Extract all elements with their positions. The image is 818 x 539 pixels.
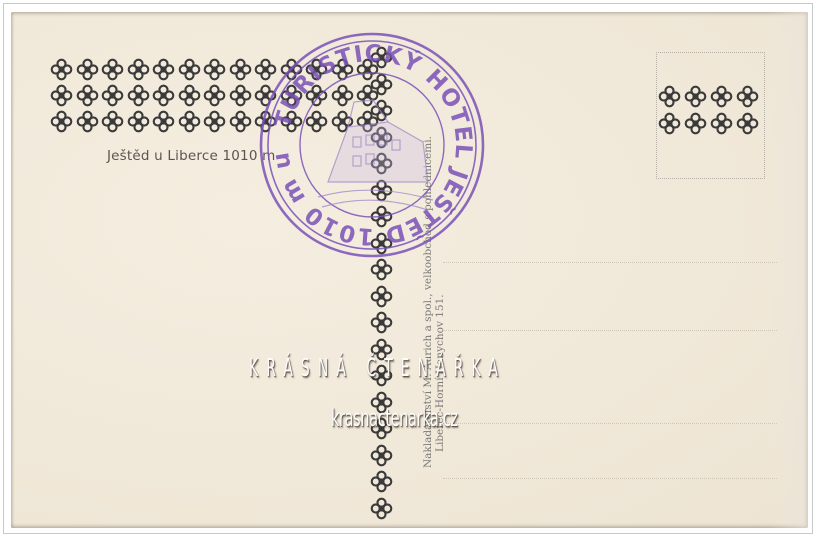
ornament-icon — [152, 58, 175, 81]
ornament-icon — [101, 84, 124, 107]
address-line — [443, 262, 777, 263]
ornament-icon — [127, 110, 150, 133]
ornament-icon — [370, 470, 393, 493]
hotel-building-icon — [318, 100, 433, 210]
address-line — [443, 330, 777, 331]
ornament-icon — [50, 110, 73, 133]
ornament-icon — [178, 110, 201, 133]
watermark-url: krasnactenarka.cz — [331, 404, 458, 432]
ornament-icon — [127, 58, 150, 81]
ornament-icon — [101, 110, 124, 133]
hotel-rubber-stamp: TURISTICKÝ HOTEL JEŠTĚD 1010 m u LIBERCE — [258, 32, 486, 258]
ornament-icon — [370, 258, 393, 281]
ornament-icon — [203, 58, 226, 81]
ornament-icon — [229, 110, 252, 133]
ornament-icon — [127, 84, 150, 107]
ornament-icon — [76, 84, 99, 107]
ornament-icon — [370, 311, 393, 334]
ornament-icon — [203, 84, 226, 107]
ornament-icon — [370, 285, 393, 308]
ornament-icon — [50, 58, 73, 81]
postcard-back: Ještěd u Liberce 1010 m Nakladatelství M… — [11, 12, 808, 528]
ornament-icon — [101, 58, 124, 81]
postcard-caption: Ještěd u Liberce 1010 m — [107, 148, 275, 164]
ornament-icon — [76, 58, 99, 81]
ornament-icon — [50, 84, 73, 107]
ornament-icon — [370, 444, 393, 467]
address-line — [443, 423, 777, 424]
ornament-icon — [229, 58, 252, 81]
address-line — [443, 478, 777, 479]
ornament-icon — [370, 497, 393, 520]
ornament-icon — [203, 110, 226, 133]
watermark-title: KRÁSNÁ ČTENÁŘKA — [249, 353, 460, 382]
ornament-icon — [178, 58, 201, 81]
ornament-icon — [152, 110, 175, 133]
ornament-icon — [76, 110, 99, 133]
ornament-icon — [178, 84, 201, 107]
postage-stamp-box — [656, 52, 765, 179]
ornament-icon — [229, 84, 252, 107]
ornament-icon — [152, 84, 175, 107]
